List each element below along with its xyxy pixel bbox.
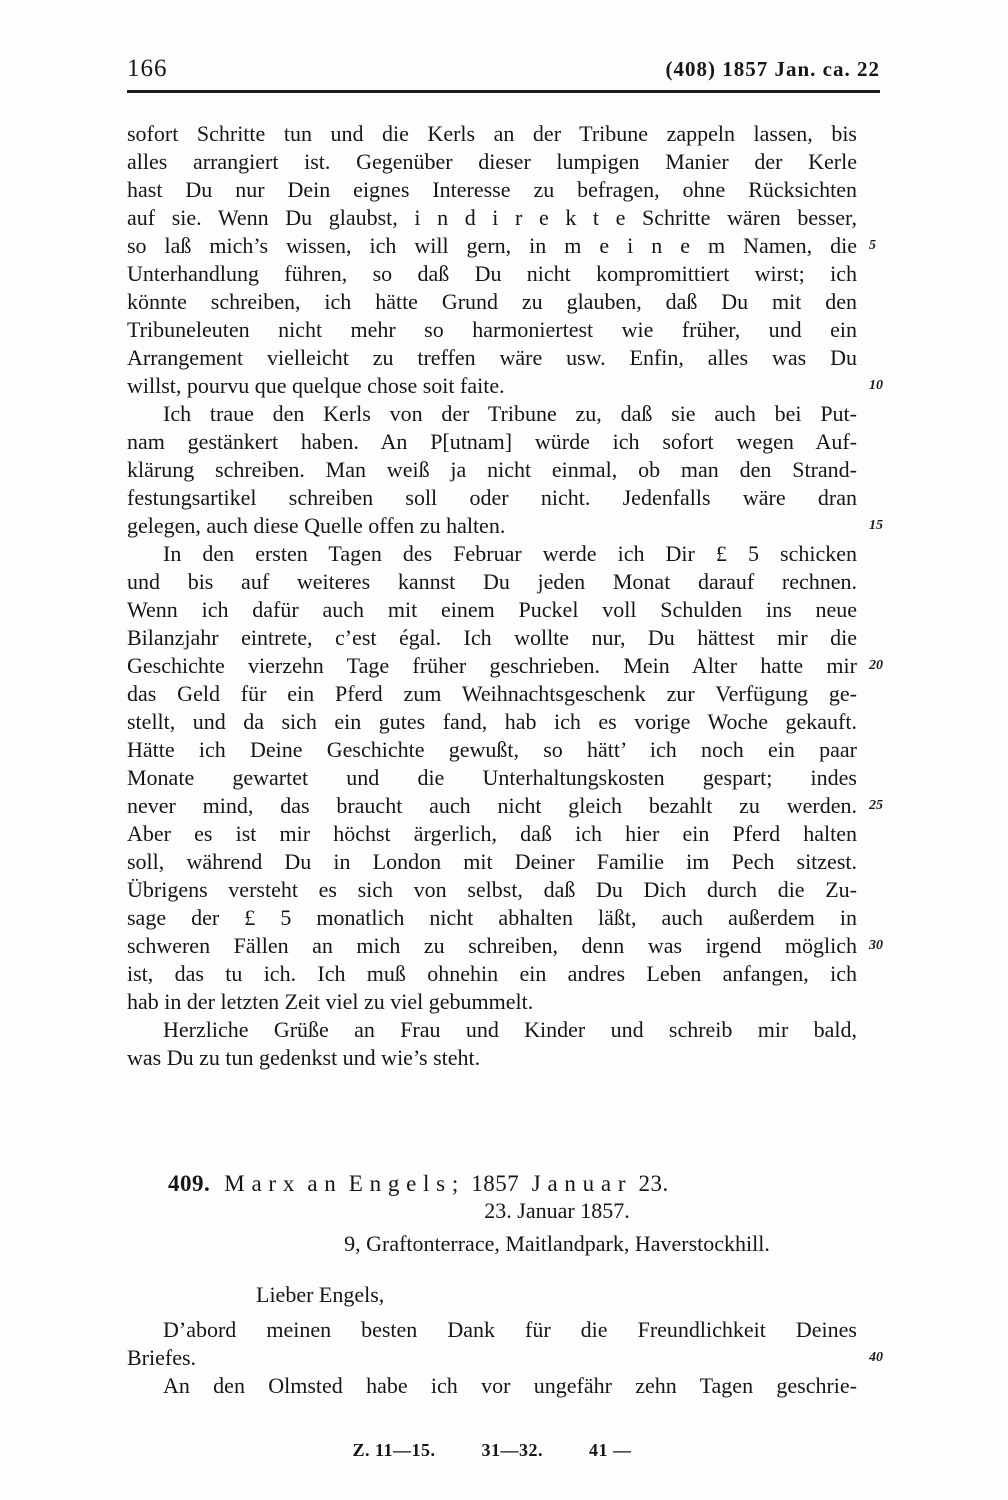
page-number: 166 [127, 54, 168, 84]
margin-line-number: 25 [869, 799, 883, 813]
line-text: soll, während Du in London mit Deiner Fa… [127, 849, 857, 874]
text-line: festungsartikel schreiben soll oder nich… [127, 484, 857, 512]
text-line: Arrangement vielleicht zu treffen wäre u… [127, 344, 857, 372]
page-header: 166 (408) 1857 Jan. ca. 22 [127, 54, 880, 84]
letter-409-text: D’abord meinen besten Dank für die Freun… [127, 1316, 857, 1400]
book-page: 166 (408) 1857 Jan. ca. 22 sofort Schrit… [0, 0, 1008, 1500]
text-line: Hätte ich Deine Geschichte gewußt, so hä… [127, 736, 857, 764]
line-text: D’abord meinen besten Dank für die Freun… [163, 1317, 857, 1342]
text-line: könnte schreiben, ich hätte Grund zu gla… [127, 288, 857, 316]
line-text: sage der £ 5 monatlich nicht abhalten lä… [127, 905, 857, 930]
line-text: In den ersten Tagen des Februar werde ic… [163, 541, 857, 566]
line-text: gelegen, auch diese Quelle offen zu halt… [127, 513, 505, 538]
text-line: Unterhandlung führen, so daß Du nicht ko… [127, 260, 857, 288]
text-line: ist, das tu ich. Ich muß ohnehin ein and… [127, 960, 857, 988]
letter-408-text: sofort Schritte tun und die Kerls an der… [127, 120, 857, 1072]
text-line: willst, pourvu que quelque chose soit fa… [127, 372, 857, 400]
salutation: Lieber Engels, [127, 1280, 857, 1310]
line-text: hab in der letzten Zeit viel zu viel geb… [127, 989, 533, 1014]
line-text: Briefes. [127, 1345, 196, 1370]
text-line: alles arrangiert ist. Gegenüber dieser l… [127, 148, 857, 176]
line-text: willst, pourvu que quelque chose soit fa… [127, 373, 505, 398]
apparatus-item: Z. 11—15. [352, 1438, 435, 1462]
text-line: D’abord meinen besten Dank für die Freun… [127, 1316, 857, 1344]
text-line: stellt, und da sich ein gutes fand, hab … [127, 708, 857, 736]
line-text: Arrangement vielleicht zu treffen wäre u… [127, 345, 857, 370]
line-text: never mind, das braucht auch nicht gleic… [127, 793, 857, 818]
text-line: so laß mich’s wissen, ich will gern, in … [127, 232, 857, 260]
date-address-block: 23. Januar 1857. 9, Graftonterrace, Mait… [127, 1196, 857, 1262]
apparatus-item: 31—32. [482, 1438, 544, 1462]
text-line: gelegen, auch diese Quelle offen zu halt… [127, 512, 857, 540]
text-line: hast Du nur Dein eignes Interesse zu bef… [127, 176, 857, 204]
line-text: Monate gewartet und die Unterhaltungskos… [127, 765, 857, 790]
margin-line-number: 5 [869, 239, 876, 253]
text-line: auf sie. Wenn Du glaubst, i n d i r e k … [127, 204, 857, 232]
line-text: auf sie. Wenn Du glaubst, i n d i r e k … [127, 205, 857, 230]
line-text: alles arrangiert ist. Gegenüber dieser l… [127, 149, 857, 174]
line-text: Ich traue den Kerls von der Tribune zu, … [163, 401, 857, 426]
line-text: hast Du nur Dein eignes Interesse zu bef… [127, 177, 857, 202]
margin-line-number: 10 [869, 379, 883, 393]
margin-line-number: 40 [869, 1351, 883, 1365]
text-line: nam gestänkert haben. An P[utnam] würde … [127, 428, 857, 456]
text-line: hab in der letzten Zeit viel zu viel geb… [127, 988, 857, 1016]
text-line: sofort Schritte tun und die Kerls an der… [127, 120, 857, 148]
line-text: klärung schreiben. Man weiß ja nicht ein… [127, 457, 857, 482]
line-text: Aber es ist mir höchst ärgerlich, daß ic… [127, 821, 857, 846]
text-line: Briefes.40 [127, 1344, 857, 1372]
margin-line-number: 15 [869, 519, 883, 533]
line-text: festungsartikel schreiben soll oder nich… [127, 485, 857, 510]
letter-title: M a r x a n E n g e l s ; 1857 J a n u a… [224, 1171, 669, 1196]
apparatus-item: 41 — [589, 1438, 632, 1462]
line-text: so laß mich’s wissen, ich will gern, in … [127, 233, 857, 258]
text-line: und bis auf weiteres kannst Du jeden Mon… [127, 568, 857, 596]
running-head: (408) 1857 Jan. ca. 22 [666, 54, 881, 84]
text-line: das Geld für ein Pferd zum Weihnachtsges… [127, 680, 857, 708]
text-line: schweren Fällen an mich zu schreiben, de… [127, 932, 857, 960]
letter-number: 409. [168, 1171, 210, 1196]
text-line: sage der £ 5 monatlich nicht abhalten lä… [127, 904, 857, 932]
line-text: Herzliche Grüße an Frau und Kinder und s… [163, 1017, 857, 1042]
text-line: In den ersten Tagen des Februar werde ic… [127, 540, 857, 568]
text-line: Übrigens versteht es sich von selbst, da… [127, 876, 857, 904]
line-text: könnte schreiben, ich hätte Grund zu gla… [127, 289, 857, 314]
line-text: was Du zu tun gedenkst und wie’s steht. [127, 1045, 480, 1070]
line-text: Geschichte vierzehn Tage früher geschrie… [127, 653, 857, 678]
text-line: An den Olmsted habe ich vor ungefähr zeh… [127, 1372, 857, 1400]
text-line: klärung schreiben. Man weiß ja nicht ein… [127, 456, 857, 484]
dateline: 23. Januar 1857. [257, 1196, 857, 1226]
margin-line-number: 30 [869, 939, 883, 953]
line-text: Hätte ich Deine Geschichte gewußt, so hä… [127, 737, 857, 762]
line-text: sofort Schritte tun und die Kerls an der… [127, 121, 857, 146]
line-text: nam gestänkert haben. An P[utnam] würde … [127, 429, 857, 454]
text-line: was Du zu tun gedenkst und wie’s steht. [127, 1044, 857, 1072]
line-text: Übrigens versteht es sich von selbst, da… [127, 877, 857, 902]
text-line: Monate gewartet und die Unterhaltungskos… [127, 764, 857, 792]
line-text: das Geld für ein Pferd zum Weihnachtsges… [127, 681, 857, 706]
text-line: Bilanzjahr eintrete, c’est égal. Ich wol… [127, 624, 857, 652]
margin-line-number: 20 [869, 659, 883, 673]
text-line: Herzliche Grüße an Frau und Kinder und s… [127, 1016, 857, 1044]
line-text: ist, das tu ich. Ich muß ohnehin ein and… [127, 961, 857, 986]
line-text: Unterhandlung führen, so daß Du nicht ko… [127, 261, 857, 286]
text-line: never mind, das braucht auch nicht gleic… [127, 792, 857, 820]
header-rule [127, 90, 880, 93]
line-text: schweren Fällen an mich zu schreiben, de… [127, 933, 857, 958]
line-text: Wenn ich dafür auch mit einem Puckel vol… [127, 597, 857, 622]
line-text: und bis auf weiteres kannst Du jeden Mon… [127, 569, 857, 594]
line-text: stellt, und da sich ein gutes fand, hab … [127, 709, 857, 734]
line-text: Tribuneleuten nicht mehr so harmoniertes… [127, 317, 857, 342]
text-line: soll, während Du in London mit Deiner Fa… [127, 848, 857, 876]
text-line: Aber es ist mir höchst ärgerlich, daß ic… [127, 820, 857, 848]
text-line: Ich traue den Kerls von der Tribune zu, … [127, 400, 857, 428]
line-text: Bilanzjahr eintrete, c’est égal. Ich wol… [127, 625, 857, 650]
text-line: Wenn ich dafür auch mit einem Puckel vol… [127, 596, 857, 624]
line-text: An den Olmsted habe ich vor ungefähr zeh… [163, 1373, 857, 1398]
apparatus-footer: Z. 11—15. 31—32. 41 — [127, 1438, 857, 1462]
text-line: Tribuneleuten nicht mehr so harmoniertes… [127, 316, 857, 344]
address-line: 9, Graftonterrace, Maitlandpark, Haverst… [257, 1226, 857, 1262]
text-line: Geschichte vierzehn Tage früher geschrie… [127, 652, 857, 680]
